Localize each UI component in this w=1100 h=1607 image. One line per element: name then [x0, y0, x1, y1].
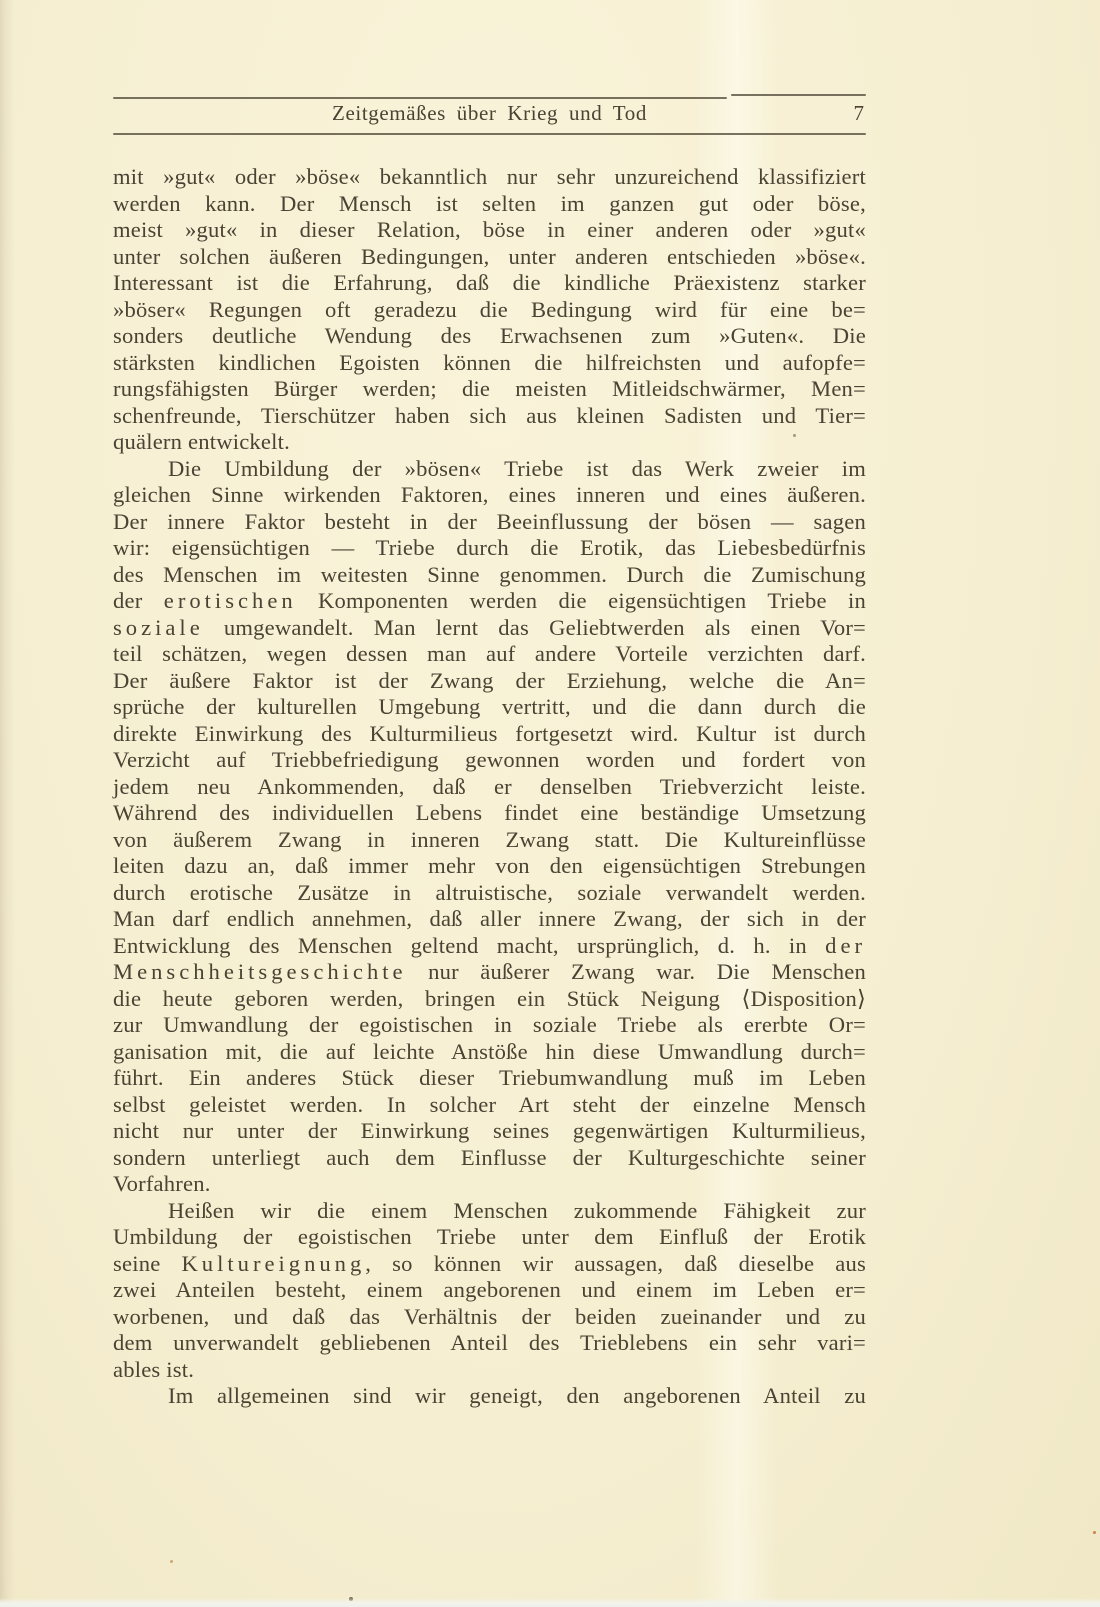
header-rule-bottom	[113, 133, 866, 135]
text-line: Umbildung der egoistischen Triebe unter …	[113, 1224, 866, 1251]
body-text: mit »gut« oder »böse« bekanntlich nur se…	[113, 164, 866, 1410]
text-line: Entwicklung des Menschen geltend macht, …	[113, 933, 866, 960]
text-segment: der	[113, 588, 164, 613]
text-line: Verzicht auf Triebbefriedigung gewonnen …	[113, 747, 866, 774]
text-segment: seine	[113, 1251, 181, 1276]
text-line: werden kann. Der Mensch ist selten im ga…	[113, 191, 866, 218]
text-line: Der äußere Faktor ist der Zwang der Erzi…	[113, 668, 866, 695]
text-line: Die Umbildung der »bösen« Triebe ist das…	[113, 456, 866, 483]
letterspaced-text: Kultureignung	[181, 1251, 365, 1276]
text-line: unter solchen äußeren Bedingungen, unter…	[113, 244, 866, 271]
text-line: zwei Anteilen besteht, einem angeborenen…	[113, 1277, 866, 1304]
text-line: des Menschen im weitesten Sinne genommen…	[113, 562, 866, 589]
text-line: direkte Einwirkung des Kulturmilieus for…	[113, 721, 866, 748]
text-line: nicht nur unter der Einwirkung seines ge…	[113, 1118, 866, 1145]
text-line: worbenen, und daß das Verhältnis der bei…	[113, 1304, 866, 1331]
text-line: quälern entwickelt.	[113, 429, 866, 456]
text-line: sondern unterliegt auch dem Einflusse de…	[113, 1145, 866, 1172]
text-line: »böser« Regungen oft geradezu die Beding…	[113, 297, 866, 324]
text-line: selbst geleistet werden. In solcher Art …	[113, 1092, 866, 1119]
text-line: die heute geboren werden, bringen ein St…	[113, 986, 866, 1013]
text-line: meist »gut« in dieser Relation, böse in …	[113, 217, 866, 244]
text-line: Im allgemeinen sind wir geneigt, den ang…	[113, 1383, 866, 1410]
text-line: Menschheitsgeschichte nur äußerer Zwang …	[113, 959, 866, 986]
paper-speck	[793, 434, 796, 437]
text-line: Man darf endlich annehmen, daß aller inn…	[113, 906, 866, 933]
letterspaced-text: soziale	[113, 615, 204, 640]
text-line: der erotischen Komponenten werden die ei…	[113, 588, 866, 615]
text-line: Der innere Faktor besteht in der Beeinfl…	[113, 509, 866, 536]
running-title: Zeitgemäßes über Krieg und Tod	[113, 101, 866, 126]
scan-edge-strip	[0, 1598, 1100, 1607]
text-segment: Entwicklung des Menschen geltend macht, …	[113, 933, 825, 958]
text-segment: Komponenten werden die eigensüchtigen Tr…	[297, 588, 866, 613]
letterspaced-text: der	[825, 933, 866, 958]
text-line: jedem neu Ankommenden, daß er denselben …	[113, 774, 866, 801]
text-line: Heißen wir die einem Menschen zukommende…	[113, 1198, 866, 1225]
text-line: stärksten kindlichen Egoisten können die…	[113, 350, 866, 377]
letterspaced-text: Menschheitsgeschichte	[113, 959, 407, 984]
text-line: zur Umwandlung der egoistischen in sozia…	[113, 1012, 866, 1039]
header-rule-top-left	[113, 97, 727, 99]
text-line: gleichen Sinne wirkenden Faktoren, eines…	[113, 482, 866, 509]
text-line: Während des individuellen Lebens findet …	[113, 800, 866, 827]
text-line: ganisation mit, die auf leichte Anstöße …	[113, 1039, 866, 1066]
text-line: schenfreunde, Tierschützer haben sich au…	[113, 403, 866, 430]
text-line: sprüche der kulturellen Umgebung vertrit…	[113, 694, 866, 721]
text-segment: , so können wir aussagen, daß dieselbe a…	[365, 1251, 866, 1276]
text-line: mit »gut« oder »böse« bekanntlich nur se…	[113, 164, 866, 191]
text-segment: nur äußerer Zwang war. Die Menschen	[407, 959, 866, 984]
text-line: teil schätzen, wegen dessen man auf ande…	[113, 641, 866, 668]
text-line: führt. Ein anderes Stück dieser Triebumw…	[113, 1065, 866, 1092]
text-line: rungsfähigsten Bürger werden; die meiste…	[113, 376, 866, 403]
text-line: ables ist.	[113, 1357, 866, 1384]
running-header: Zeitgemäßes über Krieg und Tod 7	[113, 93, 866, 137]
text-line: wir: eigensüchtigen — Triebe durch die E…	[113, 535, 866, 562]
text-line: dem unverwandelt gebliebenen Anteil des …	[113, 1330, 866, 1357]
text-line: Vorfahren.	[113, 1171, 866, 1198]
text-line: soziale umgewandelt. Man lernt das Gelie…	[113, 615, 866, 642]
paper-speck	[170, 1560, 173, 1563]
scanned-book-page: Zeitgemäßes über Krieg und Tod 7 mit »gu…	[0, 0, 1100, 1607]
text-line: von äußerem Zwang in inneren Zwang statt…	[113, 827, 866, 854]
text-line: durch erotische Zusätze in altruistische…	[113, 880, 866, 907]
header-rule-top-right	[731, 94, 866, 96]
letterspaced-text: erotischen	[164, 588, 297, 613]
page-number: 7	[854, 101, 865, 126]
text-line: Interessant ist die Erfahrung, daß die k…	[113, 270, 866, 297]
text-line: sonders deutliche Wendung des Erwachsene…	[113, 323, 866, 350]
text-segment: umgewandelt. Man lernt das Geliebtwerden…	[204, 615, 866, 640]
text-line: leiten dazu an, daß immer mehr von den e…	[113, 853, 866, 880]
text-line: seine Kultureignung, so können wir aussa…	[113, 1251, 866, 1278]
paper-speck	[1093, 1531, 1096, 1534]
